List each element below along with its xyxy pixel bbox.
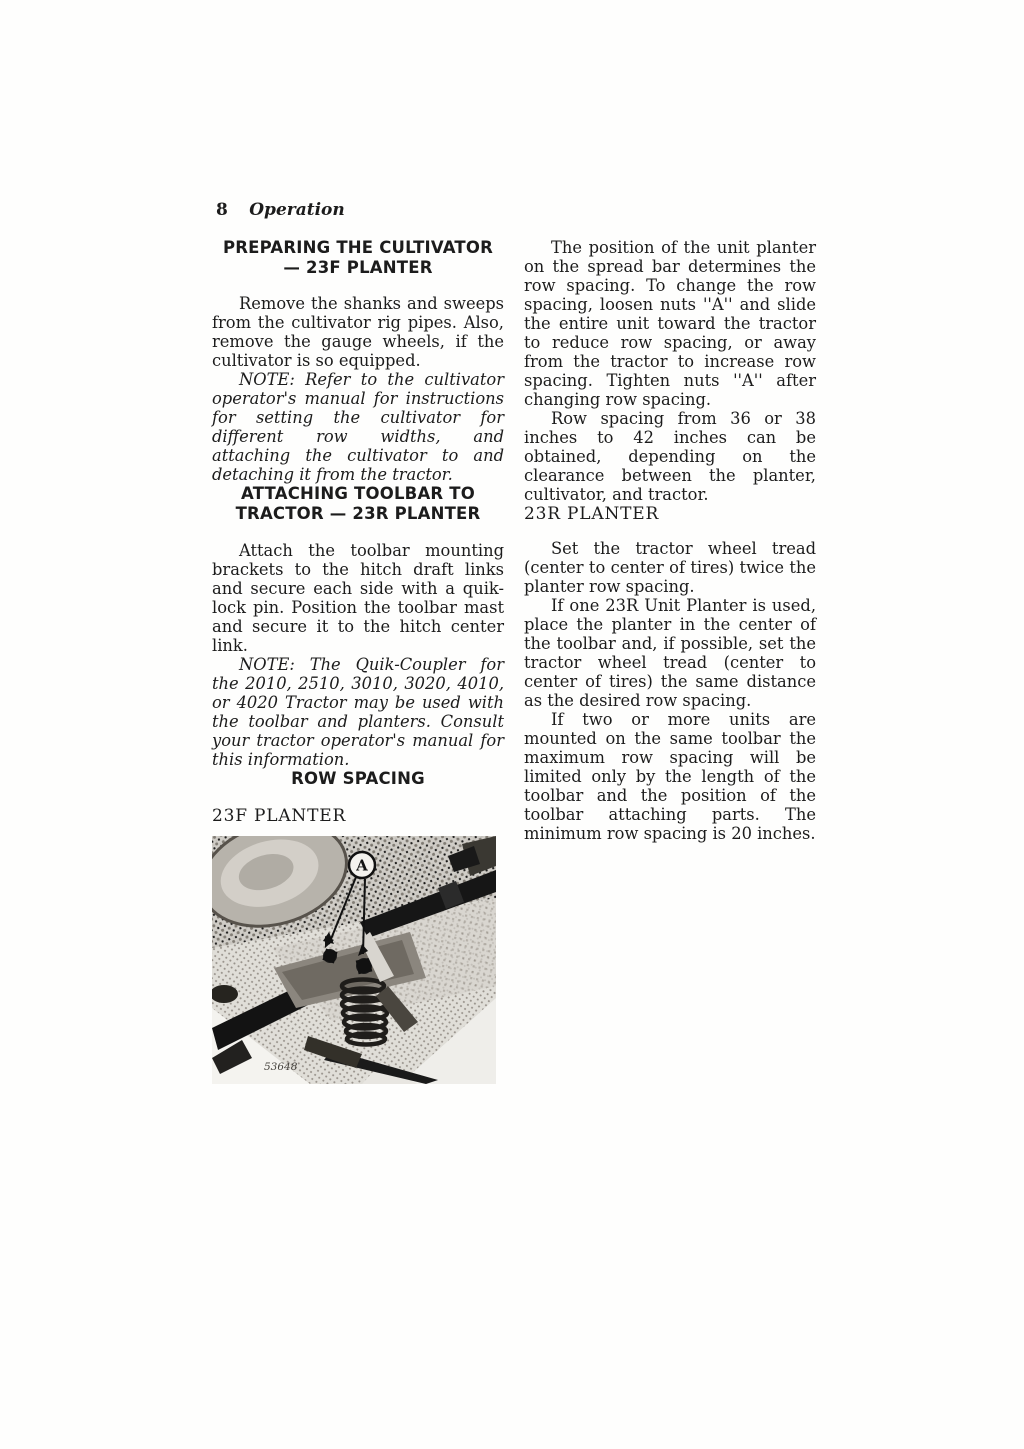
paragraph-remove-shanks: Remove the shanks and sweeps from the cu… (212, 294, 504, 370)
heading-line: — 23F PLANTER (212, 258, 504, 278)
heading-attaching-toolbar: ATTACHING TOOLBAR TO TRACTOR — 23R PLANT… (212, 484, 504, 524)
page-header: 8 Operation (216, 200, 345, 220)
planter-photo: A 53648 (212, 836, 496, 1084)
subheading-23r-planter: 23R PLANTER (524, 504, 816, 524)
photo-number: 53648 (264, 1061, 298, 1073)
callout-a-label: A (355, 857, 368, 875)
page-number: 8 (216, 200, 228, 220)
right-column: The position of the unit planter on the … (524, 238, 816, 843)
paragraph-wheel-tread: Set the tractor wheel tread (center to c… (524, 539, 816, 596)
section-title: Operation (249, 200, 345, 220)
manual-page: 8 Operation PREPARING THE CULTIVATOR — 2… (0, 0, 1024, 1449)
heading-line: ATTACHING TOOLBAR TO (212, 484, 504, 504)
paragraph-unit-position: The position of the unit planter on the … (524, 238, 816, 409)
heading-line: PREPARING THE CULTIVATOR (212, 238, 504, 258)
heading-line: TRACTOR — 23R PLANTER (212, 504, 504, 524)
note-cultivator-manual: NOTE: Refer to the cultivator operator's… (212, 370, 504, 484)
note-quik-coupler: NOTE: The Quik-Coupler for the 2010, 251… (212, 655, 504, 769)
paragraph-two-or-more-units: If two or more units are mounted on the … (524, 710, 816, 843)
paragraph-attach-toolbar: Attach the toolbar mounting brackets to … (212, 541, 504, 655)
heading-row-spacing: ROW SPACING (212, 769, 504, 789)
left-column: PREPARING THE CULTIVATOR — 23F PLANTER R… (212, 238, 504, 1084)
heading-preparing-cultivator: PREPARING THE CULTIVATOR — 23F PLANTER (212, 238, 504, 278)
paragraph-one-unit: If one 23R Unit Planter is used, place t… (524, 596, 816, 710)
paragraph-row-spacing-range: Row spacing from 36 or 38 inches to 42 i… (524, 409, 816, 504)
subheading-23f-planter: 23F PLANTER (212, 806, 504, 826)
